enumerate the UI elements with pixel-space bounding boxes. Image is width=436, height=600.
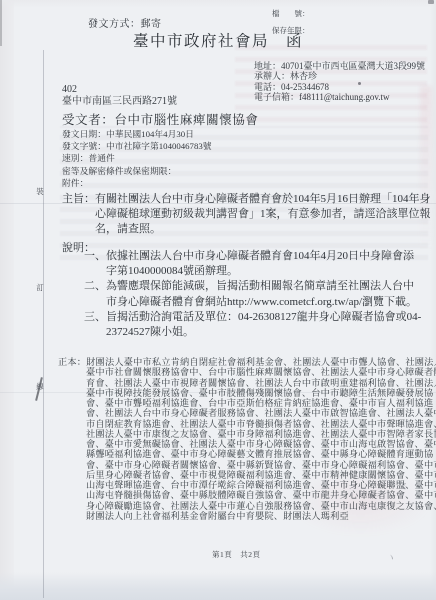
subject-label: 主旨： (62, 193, 95, 205)
copy-recipients-text: 財團法人臺中市私立肯納自閉症社會福利基金會、社團法人臺中市聾人協會、社團法人臺中… (86, 357, 436, 521)
recipient-zip: 402 (62, 84, 177, 96)
issue-date: 發文日期：中華民國104年4月30日 (62, 128, 212, 140)
subject-paragraph: 主旨：有關社團法人台中市身心障礙者體育會於104年5月16日辦理「104年身心障… (62, 192, 431, 238)
explanation-list: 一、依據社團法人台中市身心障礙者體育會104年4月20日中身障會添字第10400… (84, 249, 424, 340)
binding-mark-xian: 線 (34, 381, 46, 392)
agency-phone: 電話：04-25344678 (254, 82, 434, 92)
agency-address: 地址：40701臺中市西屯區臺灣大道3段99號 (254, 61, 434, 71)
agency-email: 電子信箱：f48111@taichung.gov.tw (254, 92, 434, 102)
item-text: 依據社團法人台中市身心障礙者體育會104年4月20日中身障會添字第1040000… (106, 250, 414, 277)
item-number: 二、 (84, 280, 106, 292)
recipient-street: 臺中市南區三民西路271號 (62, 96, 177, 108)
security-class: 密等及解密條件或保密期限： (62, 165, 212, 177)
explanation-item-2: 二、為響應環保節能減碳，旨揭活動相關報名簡章請至社團法人台中市身心障礙者體育會網… (84, 279, 424, 309)
binding-mark-zhuang: 裝 (34, 186, 46, 197)
speed-class: 速別：普通件 (62, 152, 212, 164)
document-meta-block: 發文日期：中華民國104年4月30日 發文字號：中市社障字第1040046783… (62, 128, 212, 189)
recipient-mailing-address: 402 臺中市南區三民西路271號 (62, 84, 177, 107)
explanation-item-1: 一、依據社團法人台中市身心障礙者體育會104年4月20日中身障會添字第10400… (84, 249, 424, 279)
pencil-mark: ヽ (384, 548, 398, 566)
page-footer: 第1頁 共2頁 (212, 549, 261, 560)
corner-speck (428, 0, 434, 4)
attachment-label: 附件： (62, 177, 212, 189)
document-title: 臺中市政府社會局 函 (0, 29, 436, 51)
file-number-label: 檔 號： (272, 8, 310, 19)
binding-line (43, 50, 44, 598)
agency-info-block: 地址：40701臺中市西屯區臺灣大道3段99號 承辦人：林杏珍 電話：04-25… (254, 61, 434, 103)
item-number: 三、 (84, 311, 106, 323)
copy-recipients-paragraph: 正本：財團法人臺中市私立肯納自閉症社會福利基金會、社團法人臺中市聾人協會、社團法… (58, 357, 436, 521)
scan-edge-top (0, 0, 436, 8)
agency-contact-person: 承辦人：林杏珍 (254, 71, 434, 81)
item-text: 為響應環保節能減碳，旨揭活動相關報名簡章請至社團法人台中市身心障礙者體育會網站h… (106, 280, 417, 307)
binding-mark-ding: 訂 (34, 282, 46, 293)
item-number: 一、 (84, 250, 106, 262)
recipient-line: 受文者：台中市腦性麻痺關懷協會 (62, 110, 259, 128)
scanned-official-letter: ヾ ヽ 裝 訂 線 發文方式：郵寄 檔 號： 保存年限： 臺中市政府社會局 函 … (0, 0, 436, 600)
reference-number: 發文字號：中市社障字第1040046783號 (62, 140, 212, 152)
explanation-item-3: 三、旨揭活動洽詢電話及單位：04-26308127龍井身心障礙者協會或04-23… (84, 310, 424, 340)
item-text: 旨揭活動洽詢電話及單位：04-26308127龍井身心障礙者協會或04-2372… (106, 311, 421, 338)
copy-label: 正本： (58, 357, 86, 367)
scan-edge-left (0, 0, 14, 600)
subject-text: 有關社團法人台中市身心障礙者體育會於104年5月16日辦理「104年身心障礙槌球… (95, 193, 431, 235)
delivery-method: 發文方式：郵寄 (88, 15, 162, 30)
scan-edge-bottom (0, 572, 436, 600)
